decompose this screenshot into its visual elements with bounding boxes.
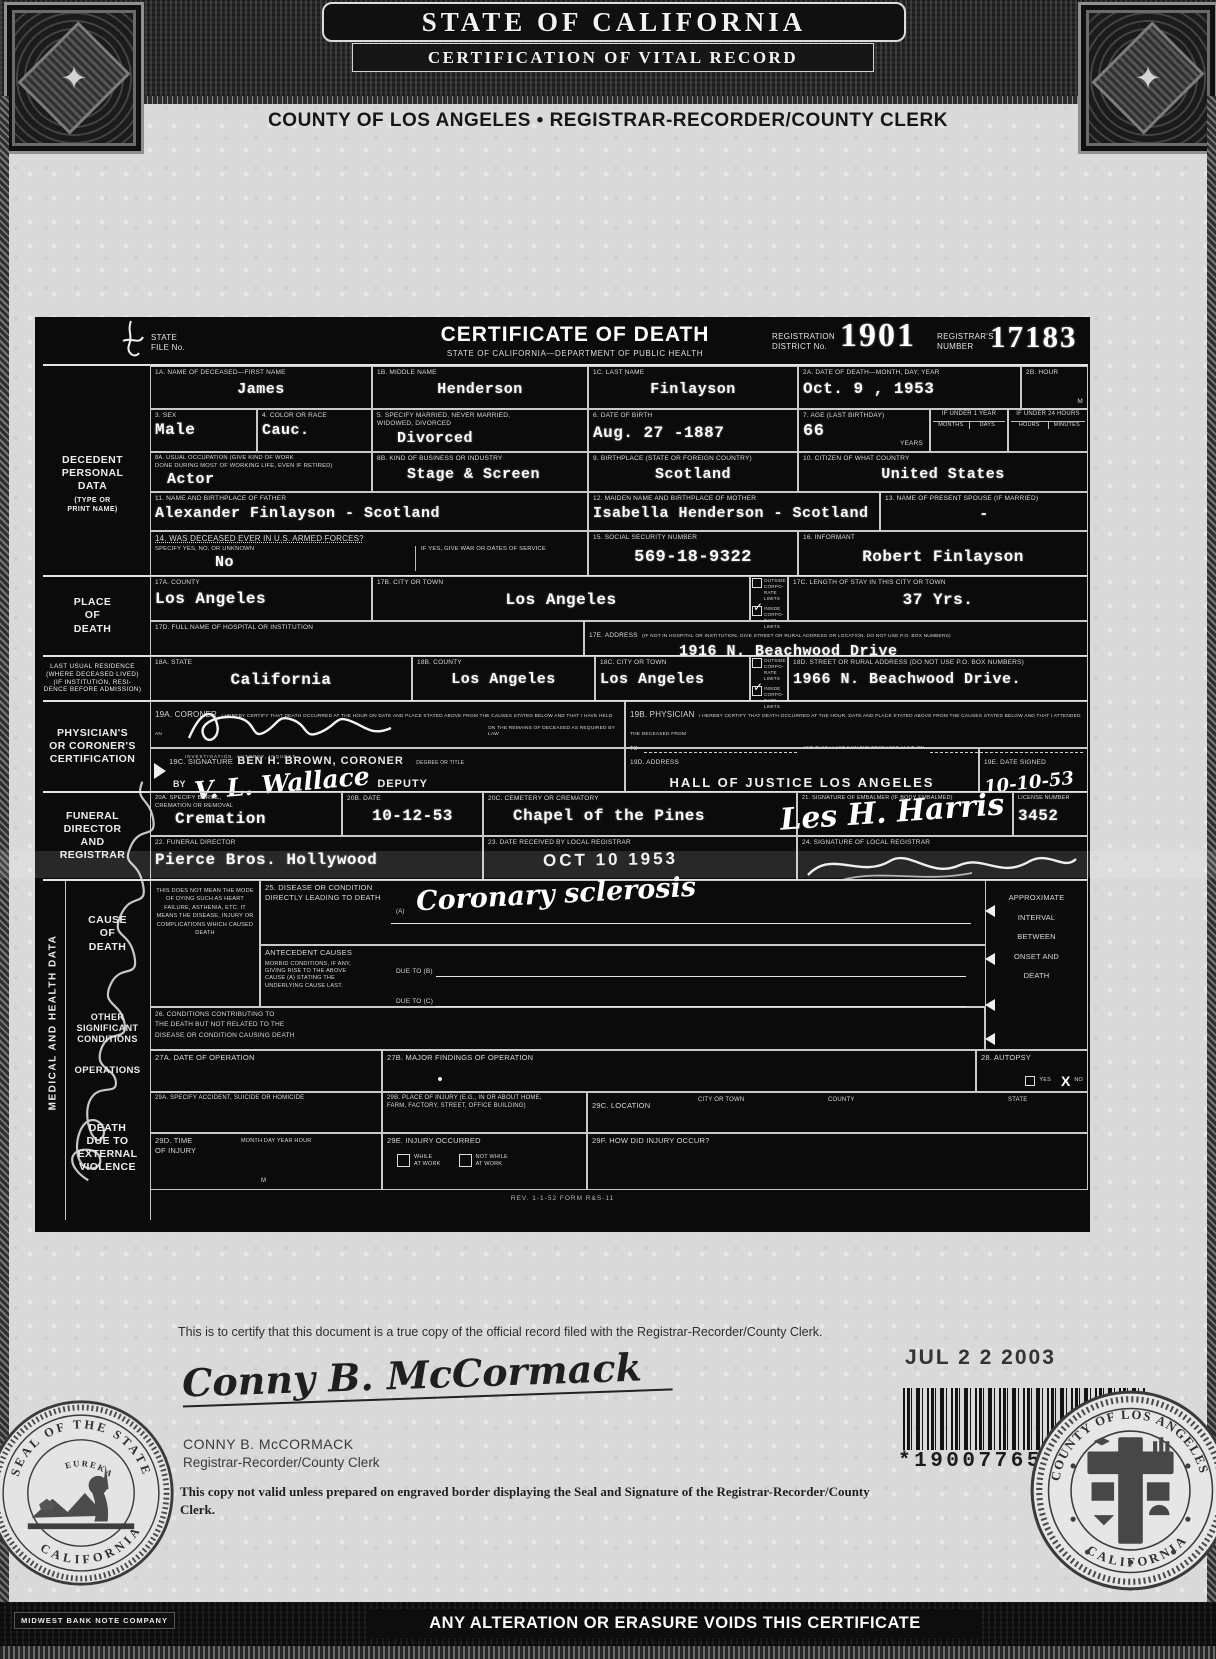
field-13: 13. NAME OF PRESENT SPOUSE (IF MARRIED) … (880, 492, 1088, 531)
not-while-at-work-checkbox (459, 1154, 472, 1167)
field-20c-value: Chapel of the Pines (513, 807, 792, 825)
sidebar-medical-vertical: MEDICAL AND HEALTH DATA (48, 873, 59, 1173)
field-6-value: Aug. 27 -1887 (593, 424, 793, 442)
field-29a: 29A. SPECIFY ACCIDENT, SUICIDE OR HOMICI… (150, 1092, 382, 1133)
field-4: 4. COLOR OR RACE Cauc. (257, 409, 372, 452)
band-fringe (0, 96, 1216, 104)
outside-limits-checkbox (752, 658, 762, 668)
check-icon: ✓ (753, 600, 763, 614)
field-20c: 20C. CEMETERY OR CREMATORY Chapel of the… (483, 792, 797, 836)
field-1c: 1C. LAST NAME Finlayson (588, 366, 798, 409)
field-7-unit: YEARS (900, 440, 923, 448)
field-11-value: Alexander Finlayson - Scotland (155, 505, 583, 522)
autopsy-no-label: NO (1074, 1077, 1083, 1084)
field-8a-value: Actor (167, 471, 367, 488)
arrow-icon (985, 1033, 995, 1045)
field-2b-label: 2B. HOUR (1026, 369, 1083, 377)
interval-text: APPROXIMATE INTERVAL BETWEEN ONSET AND D… (990, 893, 1083, 981)
field-29d-cols: MONTH DAY YEAR HOUR (241, 1138, 311, 1145)
arrow-icon (985, 905, 995, 917)
vital-record-banner-text: CERTIFICATION OF VITAL RECORD (428, 48, 798, 68)
field-27a-label: 27A. DATE OF OPERATION (155, 1053, 377, 1063)
county-seal-icon: COUNTY OF LOS ANGELES CALIFORNIA (1028, 1388, 1216, 1593)
field-4-label: 4. COLOR OR RACE (262, 412, 367, 420)
field-19c-deputy: DEPUTY (377, 778, 428, 790)
field-7-label: 7. AGE (LAST BIRTHDAY) (803, 412, 925, 420)
months-label: MONTHS (933, 422, 970, 429)
clerk-signature: Conny B. McCormack (181, 1343, 672, 1407)
field-20a: 20A. SPECIFY BURIAL, CREMATION OR REMOVA… (150, 792, 342, 836)
field-7: 7. AGE (LAST BIRTHDAY) 66 YEARS (798, 409, 930, 452)
field-19e: 19E. DATE SIGNED 10-10-53 (979, 748, 1088, 792)
field-1c-value: Finlayson (593, 381, 793, 398)
field-3-label: 3. SEX (155, 412, 252, 420)
field-20c-label: 20C. CEMETERY OR CREMATORY (488, 795, 792, 803)
field-9: 9. BIRTHPLACE (STATE OR FOREIGN COUNTRY)… (588, 452, 798, 492)
coroner-handwriting-scrawl (181, 704, 401, 746)
certification-statement: This is to certify that this document is… (178, 1325, 1008, 1339)
certificate-subtitle: STATE OF CALIFORNIA—DEPARTMENT OF PUBLIC… (365, 349, 785, 358)
field-29c-county: COUNTY (828, 1097, 855, 1105)
certificate-title: CERTIFICATE OF DEATH (365, 323, 785, 347)
license-value: 3452 (1018, 807, 1083, 825)
field-9-value: Scotland (593, 466, 793, 483)
field-20a-label: 20A. SPECIFY BURIAL, CREMATION OR REMOVA… (155, 795, 337, 810)
field-5-value: Divorced (397, 430, 583, 447)
field-11: 11. NAME AND BIRTHPLACE OF FATHER Alexan… (150, 492, 588, 531)
while-at-work-checkbox (397, 1154, 410, 1167)
field-17c: 17C. LENGTH OF STAY IN THIS CITY OR TOWN… (788, 576, 1088, 621)
field-18d-label: 18D. STREET OR RURAL ADDRESS (DO NOT USE… (793, 659, 1083, 667)
sidebar-residence: LAST USUAL RESIDENCE (WHERE DECEASED LIV… (35, 656, 150, 701)
minutes-label: MINUTES (1049, 422, 1086, 429)
vital-record-banner: CERTIFICATION OF VITAL RECORD (352, 43, 874, 72)
due-to-b-label: DUE TO (B) (396, 968, 433, 976)
field-16: 16. INFORMANT Robert Finlayson (798, 531, 1088, 576)
field-27a: 27A. DATE OF OPERATION (150, 1050, 382, 1092)
field-17e-label: 17E. ADDRESS (589, 632, 638, 639)
field-15-label: 15. SOCIAL SECURITY NUMBER (593, 534, 793, 542)
field-1b-label: 1B. MIDDLE NAME (377, 369, 583, 377)
field-26-label: 26. CONDITIONS CONTRIBUTING TO THE DEATH… (155, 1010, 980, 1041)
registration-district-number: 1901 (840, 317, 916, 355)
field-18-limits: OUTSIDE CORPO- RATE LIMITS ✓INSIDE CORPO… (750, 656, 788, 701)
under-1-year-label: IF UNDER 1 YEAR (933, 411, 1005, 419)
field-17b: 17B. CITY OR TOWN Los Angeles (372, 576, 750, 621)
field-18a-label: 18A. STATE (155, 659, 407, 667)
field-1b-value: Henderson (377, 381, 583, 398)
certificate-of-death: STATE FILE No. CERTIFICATE OF DEATH STAT… (35, 317, 1090, 1232)
field-antecedent: ANTECEDENT CAUSES MORBID CONDITIONS, IF … (260, 945, 985, 1007)
scan-dot (438, 1077, 442, 1081)
field-18c: 18C. CITY OR TOWN Los Angeles (595, 656, 750, 701)
field-12-label: 12. MAIDEN NAME AND BIRTHPLACE OF MOTHER (593, 495, 875, 503)
county-header: COUNTY OF LOS ANGELES • REGISTRAR-RECORD… (0, 110, 1216, 132)
bank-note-company: MIDWEST BANK NOTE COMPANY (14, 1612, 175, 1629)
field-29e-label: 29E. INJURY OCCURRED (387, 1136, 582, 1146)
due-to-c-label: DUE TO (C) (396, 998, 433, 1006)
field-29c-city: CITY OR TOWN (698, 1097, 744, 1105)
field-13-label: 13. NAME OF PRESENT SPOUSE (IF MARRIED) (885, 495, 1083, 503)
inside-limits-checkbox: ✓ (752, 606, 762, 616)
field-23-label: 23. DATE RECEIVED BY LOCAL REGISTRAR (488, 839, 792, 847)
field-29d-label: 29D. TIME OF INJURY (155, 1136, 196, 1156)
field-19b-label: 19B. PHYSICIAN (630, 710, 695, 719)
antecedent-text: MORBID CONDITIONS, IF ANY, GIVING RISE T… (265, 961, 385, 990)
field-19c-degree: DEGREE OR TITLE (416, 760, 464, 766)
validity-notice: This copy not valid unless prepared on e… (180, 1483, 900, 1518)
while-at-work-label: WHILE AT WORK (414, 1154, 441, 1168)
field-14-war-label: IF YES, GIVE WAR OR DATES OF SERVICE (416, 546, 546, 571)
date-stamp: JUL 2 2 2003 (905, 1346, 1056, 1370)
check-icon: ✓ (753, 680, 763, 694)
field-3: 3. SEX Male (150, 409, 257, 452)
field-5: 5. SPECIFY MARRIED, NEVER MARRIED, WIDOW… (372, 409, 588, 452)
state-seal-icon: SEAL OF THE STATE CALIFORNIA EUREKA (0, 1398, 176, 1588)
registrar-number-value: 17183 (990, 319, 1078, 355)
field-17d: 17D. FULL NAME OF HOSPITAL OR INSTITUTIO… (150, 621, 584, 656)
arrow-icon (985, 999, 995, 1011)
field-29b: 29B. PLACE OF INJURY (E.G., IN OR ABOUT … (382, 1092, 587, 1133)
field-13-value: - (885, 506, 1083, 523)
field-19c-by: BY (173, 779, 186, 789)
field-17a-value: Los Angeles (155, 590, 367, 608)
field-19c: 19C. SIGNATURE BEN H. BROWN, CORONER DEG… (150, 748, 625, 792)
sidebar-decedent-sub: (TYPE OR PRINT NAME) (67, 497, 117, 515)
state-file-label: STATE FILE No. (151, 333, 185, 353)
cause-note: THIS DOES NOT MEAN THE MODE OF DYING SUC… (150, 880, 260, 1007)
field-19a: 19A. CORONER I HEREBY CERTIFY THAT DEATH… (150, 701, 625, 748)
field-25: 25. DISEASE OR CONDITION DIRECTLY LEADIN… (260, 880, 985, 945)
autopsy-yes-checkbox (1025, 1076, 1035, 1086)
arrow-icon (985, 953, 995, 965)
field-17b-value: Los Angeles (377, 591, 745, 609)
field-3-value: Male (155, 421, 252, 439)
scanned-death-certificate-page: STATE OF CALIFORNIA CERTIFICATION OF VIT… (0, 0, 1216, 1659)
license-label: LICENSE NUMBER (1018, 795, 1083, 802)
outside-limits-label: OUTSIDE CORPO- RATE LIMITS (764, 658, 786, 682)
field-8a-label: 8A. USUAL OCCUPATION (GIVE KIND OF WORK … (155, 455, 367, 470)
sidebar-decedent: DECEDENT PERSONAL DATA (TYPE OR PRINT NA… (35, 437, 150, 531)
field-10-value: United States (803, 466, 1083, 483)
field-17e-note: (IF NOT IN HOSPITAL OR INSTITUTION, GIVE… (642, 634, 951, 639)
alteration-warning-bar: ANY ALTERATION OR ERASURE VOIDS THIS CER… (368, 1609, 982, 1638)
hours-label: HOURS (1011, 422, 1049, 429)
field-17b-label: 17B. CITY OR TOWN (377, 579, 745, 587)
field-1b: 1B. MIDDLE NAME Henderson (372, 366, 588, 409)
field-14-label: 14. WAS DECEASED EVER IN U.S. ARMED FORC… (155, 534, 583, 544)
field-under-1-year: IF UNDER 1 YEAR MONTHS DAYS (930, 409, 1008, 452)
field-29d-m: M (261, 1178, 266, 1186)
field-1a-value: James (155, 381, 367, 398)
field-20b-label: 20B. DATE (347, 795, 478, 803)
field-2a-value: Oct. 9 , 1953 (803, 380, 1016, 398)
field-25-a: (A) (396, 909, 405, 917)
field-18a: 18A. STATE California (150, 656, 412, 701)
field-15-value: 569-18-9322 (593, 548, 793, 567)
field-16-label: 16. INFORMANT (803, 534, 1083, 542)
field-29c-state: STATE (1008, 1097, 1027, 1105)
outside-limits-checkbox (752, 578, 762, 588)
field-29c: 29C. LOCATION CITY OR TOWN COUNTY STATE (587, 1092, 1088, 1133)
field-1a: 1A. NAME OF DECEASED—FIRST NAME James (150, 366, 372, 409)
field-19e-label: 19E. DATE SIGNED (984, 759, 1046, 766)
field-11-label: 11. NAME AND BIRTHPLACE OF FATHER (155, 495, 583, 503)
field-1a-label: 1A. NAME OF DECEASED—FIRST NAME (155, 369, 367, 377)
field-29e: 29E. INJURY OCCURRED WHILE AT WORK NOT W… (382, 1133, 587, 1190)
sidebar-place-of-death: PLACE OF DEATH (35, 576, 150, 656)
field-2a-label: 2A. DATE OF DEATH—MONTH, DAY, YEAR (803, 369, 1016, 377)
field-8b: 8B. KIND OF BUSINESS OR INDUSTRY Stage &… (372, 452, 588, 492)
alteration-warning-text: ANY ALTERATION OR ERASURE VOIDS THIS CER… (429, 1614, 921, 1633)
field-18b-label: 18B. COUNTY (417, 659, 590, 667)
field-4-value: Cauc. (262, 422, 367, 439)
field-6: 6. DATE OF BIRTH Aug. 27 -1887 (588, 409, 798, 452)
field-8b-value: Stage & Screen (407, 466, 583, 483)
field-14-value: No (215, 554, 415, 571)
field-1c-label: 1C. LAST NAME (593, 369, 793, 377)
field-19d-label: 19D. ADDRESS (630, 759, 679, 766)
field-18b: 18B. COUNTY Los Angeles (412, 656, 595, 701)
field-19c-label: 19C. SIGNATURE (169, 757, 233, 766)
field-29b-label: 29B. PLACE OF INJURY (E.G., IN OR ABOUT … (387, 1095, 582, 1111)
field-14: 14. WAS DECEASED EVER IN U.S. ARMED FORC… (150, 531, 588, 576)
field-22-label: 22. FUNERAL DIRECTOR (155, 839, 478, 847)
field-19a-text3: ON THE REMAINS OF DECEASED AS REQUIRED B… (488, 726, 618, 738)
form-revision-footer: REV. 1-1-52 FORM R&S-11 (35, 1195, 1090, 1202)
field-29d: 29D. TIME OF INJURY MONTH DAY YEAR HOUR … (150, 1133, 382, 1190)
field-2a: 2A. DATE OF DEATH—MONTH, DAY, YEAR Oct. … (798, 366, 1021, 409)
field-license: LICENSE NUMBER 3452 (1013, 792, 1088, 836)
field-2b: 2B. HOUR M (1021, 366, 1088, 409)
field-27b: 27B. MAJOR FINDINGS OF OPERATION (382, 1050, 976, 1092)
field-19d: 19D. ADDRESS HALL OF JUSTICE LOS ANGELES (625, 748, 979, 792)
bottom-border-strip (0, 1646, 1216, 1659)
field-17c-label: 17C. LENGTH OF STAY IN THIS CITY OR TOWN (793, 579, 1083, 587)
field-19b: 19B. PHYSICIAN I HEREBY CERTIFY THAT DEA… (625, 701, 1088, 748)
under-24-hours-label: IF UNDER 24 HOURS (1011, 411, 1085, 419)
field-18a-value: California (155, 671, 407, 689)
field-17a-label: 17A. COUNTY (155, 579, 367, 587)
clerk-name: CONNY B. McCORMACK (183, 1436, 354, 1452)
field-under-24-hours: IF UNDER 24 HOURS HOURS MINUTES (1008, 409, 1088, 452)
interval-column: APPROXIMATE INTERVAL BETWEEN ONSET AND D… (985, 880, 1088, 1050)
field-20b: 20B. DATE 10-12-53 (342, 792, 483, 836)
sidebar-decedent-text: DECEDENT PERSONAL DATA (62, 454, 124, 493)
days-label: DAYS (970, 422, 1006, 429)
field-18b-value: Los Angeles (417, 671, 590, 688)
field-18d-value: 1966 N. Beachwood Drive. (793, 671, 1083, 688)
field-20a-value: Cremation (175, 810, 337, 828)
field-28-label: 28. AUTOPSY (981, 1053, 1083, 1063)
field-26: 26. CONDITIONS CONTRIBUTING TO THE DEATH… (150, 1007, 985, 1050)
state-banner-text: STATE OF CALIFORNIA (422, 7, 807, 38)
field-29f-label: 29F. HOW DID INJURY OCCUR? (592, 1136, 1083, 1146)
field-10-label: 10. CITIZEN OF WHAT COUNTRY (803, 455, 1083, 463)
field-29f: 29F. HOW DID INJURY OCCUR? (587, 1133, 1088, 1190)
autopsy-no-mark: X (1061, 1073, 1070, 1089)
field-29c-label: 29C. LOCATION (592, 1101, 650, 1110)
cause-note-text: THIS DOES NOT MEAN THE MODE OF DYING SUC… (155, 887, 255, 937)
handwritten-mark (119, 319, 145, 361)
field-18c-value: Los Angeles (600, 671, 745, 688)
field-15: 15. SOCIAL SECURITY NUMBER 569-18-9322 (588, 531, 798, 576)
field-18c-label: 18C. CITY OR TOWN (600, 659, 745, 667)
field-14-spec-label: SPECIFY YES, NO, OR UNKNOWN (155, 546, 415, 554)
field-20b-value: 10-12-53 (347, 807, 478, 825)
not-while-at-work-label: NOT WHILE AT WORK (476, 1154, 508, 1168)
field-17a: 17A. COUNTY Los Angeles (150, 576, 372, 621)
field-5-label: 5. SPECIFY MARRIED, NEVER MARRIED, WIDOW… (377, 412, 583, 429)
field-19d-value: HALL OF JUSTICE LOS ANGELES (630, 775, 974, 790)
field-2b-m: M (1077, 398, 1083, 406)
field-19b-text1: I HEREBY CERTIFY THAT DEATH OCCURRED AT … (630, 714, 1081, 737)
field-12: 12. MAIDEN NAME AND BIRTHPLACE OF MOTHER… (588, 492, 880, 531)
field-10: 10. CITIZEN OF WHAT COUNTRY United State… (798, 452, 1088, 492)
state-banner: STATE OF CALIFORNIA (322, 2, 906, 42)
field-12-value: Isabella Henderson - Scotland (593, 505, 875, 522)
registrar-number-label: REGISTRAR'S NUMBER (937, 332, 994, 352)
field-17e: 17E. ADDRESS (IF NOT IN HOSPITAL OR INST… (584, 621, 1088, 656)
field-8b-label: 8B. KIND OF BUSINESS OR INDUSTRY (377, 455, 583, 463)
outside-limits-label: OUTSIDE CORPO- RATE LIMITS (764, 578, 786, 602)
field-17c-value: 37 Yrs. (793, 591, 1083, 609)
field-27b-label: 27B. MAJOR FINDINGS OF OPERATION (387, 1053, 971, 1063)
inside-limits-checkbox: ✓ (752, 686, 762, 696)
field-8a: 8A. USUAL OCCUPATION (GIVE KIND OF WORK … (150, 452, 372, 492)
field-29a-label: 29A. SPECIFY ACCIDENT, SUICIDE OR HOMICI… (155, 1095, 377, 1103)
field-6-label: 6. DATE OF BIRTH (593, 412, 793, 420)
clerk-title: Registrar-Recorder/County Clerk (183, 1455, 380, 1470)
field-17-limits: OUTSIDE CORPO- RATE LIMITS ✓INSIDE CORPO… (750, 576, 788, 621)
field-16-value: Robert Finlayson (803, 548, 1083, 566)
registration-district-label: REGISTRATION DISTRICT No. (772, 332, 835, 352)
arrow-icon (154, 763, 166, 779)
autopsy-yes-label: YES (1039, 1077, 1051, 1084)
field-28: 28. AUTOPSY YES X NO (976, 1050, 1088, 1092)
antecedent-label: ANTECEDENT CAUSES (265, 948, 981, 958)
scan-streak (0, 851, 1216, 878)
field-18d: 18D. STREET OR RURAL ADDRESS (DO NOT USE… (788, 656, 1088, 701)
field-17d-label: 17D. FULL NAME OF HOSPITAL OR INSTITUTIO… (155, 624, 579, 632)
field-9-label: 9. BIRTHPLACE (STATE OR FOREIGN COUNTRY) (593, 455, 793, 463)
